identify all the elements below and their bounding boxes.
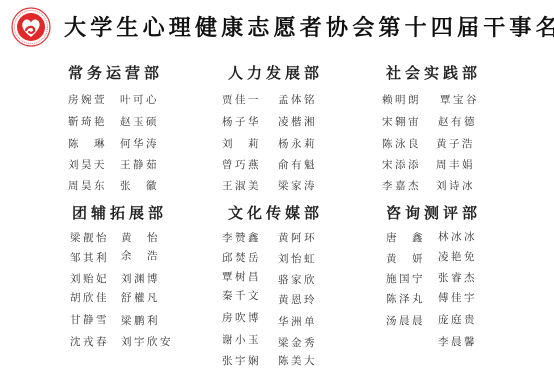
member-name: 杨永莉 [278, 138, 317, 151]
section-title-consultation-assessment: 咨询测评部 [386, 204, 481, 222]
member-name: 王静茹 [120, 159, 159, 172]
member-name: 刘怡虹 [278, 253, 317, 266]
member-name: 刘昊天 [68, 159, 107, 172]
member-name: 房婉萱 [68, 94, 107, 107]
member-name: 宋翱宙 [382, 116, 421, 129]
member-name: 邹其利 [70, 252, 109, 265]
member-name: 曾巧燕 [222, 159, 261, 172]
member-name: 梁家涛 [278, 180, 317, 193]
member-name: 陈 琳 [68, 138, 107, 151]
member-name: 叶可心 [120, 94, 159, 107]
member-name: 凌艳免 [438, 251, 477, 264]
member-name: 黄子浩 [436, 138, 475, 151]
member-name: 宋添添 [382, 159, 421, 172]
member-name: 秦千文 [222, 290, 261, 303]
member-name: 赖明朗 [382, 94, 421, 107]
member-name: 张睿杰 [438, 272, 477, 285]
member-name: 梁金秀 [278, 337, 317, 350]
member-name: 贾佳一 [222, 94, 261, 107]
member-name: 余 浩 [121, 250, 160, 263]
member-name: 李晨馨 [438, 336, 477, 349]
member-name: 刘 莉 [222, 138, 261, 151]
member-name: 覃树昌 [222, 271, 261, 284]
member-name: 凌楷湘 [278, 116, 317, 129]
member-name: 邱焚岳 [222, 252, 261, 265]
member-name: 汤晨晨 [386, 315, 425, 328]
member-name: 张宇娴 [222, 355, 261, 368]
member-name: 俞有魁 [278, 159, 317, 172]
member-name: 胡欣佳 [70, 292, 109, 305]
member-name: 黄恩玲 [278, 294, 317, 307]
member-name: 沈戎春 [70, 336, 109, 349]
member-name: 李赞鑫 [222, 232, 261, 245]
section-title-general-operations: 常务运营部 [68, 64, 163, 82]
member-name: 黄阿环 [278, 232, 317, 245]
section-title-culture-media: 文化传媒部 [228, 204, 323, 222]
member-name: 林冰冰 [438, 231, 477, 244]
association-logo-icon [11, 7, 51, 47]
member-name: 刘宇欣安 [121, 336, 173, 349]
section-title-social-practice: 社会实践部 [386, 64, 481, 82]
member-name: 刘诗冰 [436, 180, 475, 193]
member-name: 何华涛 [120, 138, 159, 151]
section-title-group-counseling: 团辅拓展部 [72, 204, 167, 222]
member-name: 谢小玉 [222, 334, 261, 347]
member-name: 甘静雪 [70, 314, 109, 327]
page-title: 大学生心理健康志愿者协会第十四届干事名单 [64, 14, 534, 42]
member-name: 孟体铭 [278, 94, 317, 107]
member-name: 赵玉硕 [120, 116, 159, 129]
member-name: 赵有德 [438, 116, 477, 129]
member-name: 骆家欣 [278, 274, 317, 287]
member-name: 庞庭贵 [438, 314, 477, 327]
member-name: 陈泽丸 [386, 293, 425, 306]
member-name: 刘贻妃 [70, 273, 109, 286]
member-name: 梁鹏利 [121, 315, 160, 328]
member-name: 舒權凡 [121, 292, 160, 305]
member-name: 傅佳宇 [438, 292, 477, 305]
member-name: 李嘉杰 [382, 180, 421, 193]
member-name: 华洲单 [278, 316, 317, 329]
member-name: 周丰娟 [436, 159, 475, 172]
member-name: 周昊东 [68, 180, 107, 193]
member-name: 陈美大 [278, 355, 317, 368]
member-name: 王淑美 [222, 180, 261, 193]
member-name: 黄 妍 [386, 253, 425, 266]
member-name: 覃宝谷 [440, 94, 479, 107]
member-name: 唐 鑫 [386, 232, 425, 245]
member-name: 杨子华 [222, 116, 261, 129]
section-title-human-resources: 人力发展部 [228, 64, 323, 82]
member-name: 梁靓怡 [70, 232, 109, 245]
member-name: 张 徽 [120, 180, 159, 193]
member-name: 陈泳良 [382, 138, 421, 151]
member-name: 靳琦艳 [68, 116, 107, 129]
member-name: 黄 怡 [121, 232, 160, 245]
member-name: 施国宁 [386, 273, 425, 286]
member-name: 刘渊博 [121, 273, 160, 286]
member-name: 房吹博 [222, 312, 261, 325]
